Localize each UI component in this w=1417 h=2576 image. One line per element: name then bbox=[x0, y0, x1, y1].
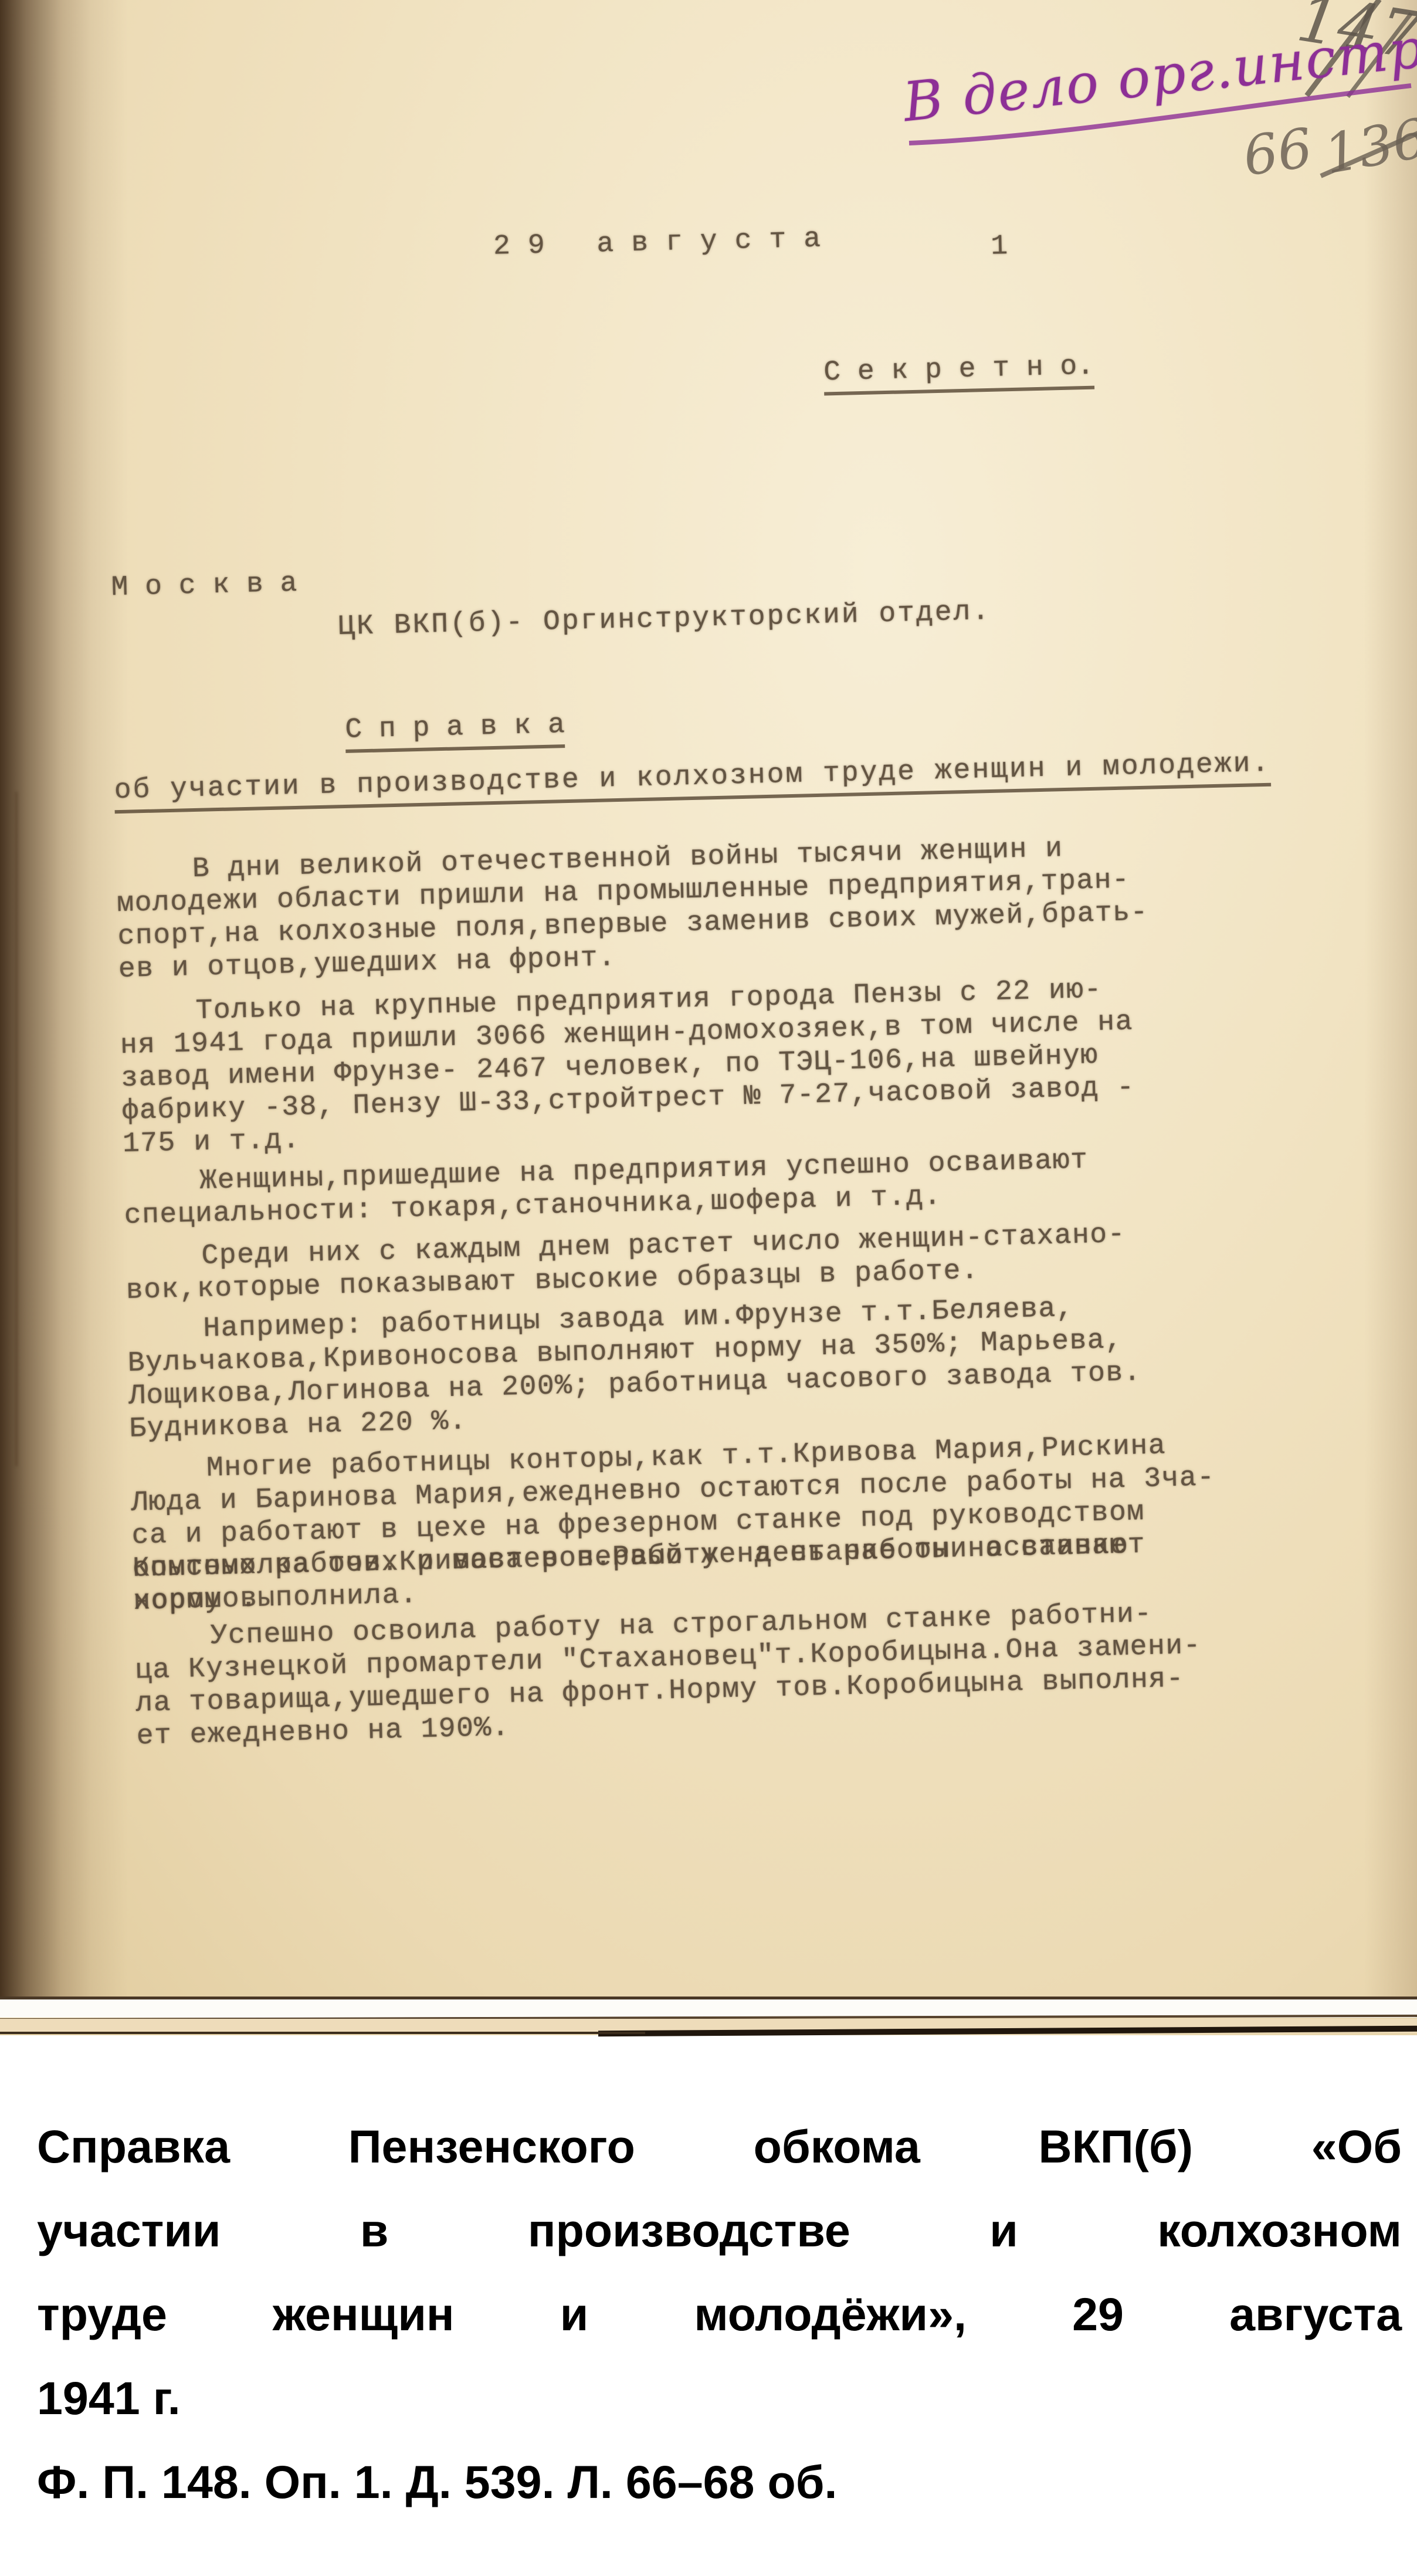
addressee-line: ЦК ВКП(б)- Оргинструкторский отдел. bbox=[338, 596, 991, 643]
photo-caption: Справка Пензенского обкома ВКП(б) «Об уч… bbox=[37, 2104, 1402, 2524]
paragraph: Успешно освоила работу на строгальном ст… bbox=[134, 1593, 1345, 1753]
caption-line: участии в производстве и колхозном bbox=[37, 2188, 1402, 2272]
document-scan: 147 В дело орг.инстр… 66 136 29 августа … bbox=[0, 0, 1417, 2035]
secrecy-stamp: С е к р е т н о. bbox=[823, 351, 1094, 396]
paragraph: Например: работницы завода им.Фрунзе т.т… bbox=[127, 1286, 1338, 1445]
caption-line: 1941 г. bbox=[37, 2356, 1402, 2440]
scan-dark-edge-left bbox=[0, 2032, 645, 2034]
pencil-strike-line bbox=[1317, 117, 1417, 185]
typewritten-text-block: 29 августа 1 С е к р е т н о. М о с к в … bbox=[88, 194, 1374, 1818]
sheet-number: 1 bbox=[991, 231, 1008, 263]
caption-line: Справка Пензенского обкома ВКП(б) «Об bbox=[37, 2104, 1402, 2188]
paragraph: В дни великой отечественной войны тысячи… bbox=[116, 826, 1327, 986]
city-line: М о с к в а bbox=[111, 568, 297, 604]
paragraph: Только на крупные предприятия города Пен… bbox=[119, 968, 1331, 1161]
document-date: 29 августа bbox=[493, 223, 839, 263]
pencil-sheet-number: 66 bbox=[1239, 116, 1316, 188]
document-heading: С п р а в к а bbox=[345, 709, 565, 753]
document-subheading: об участии в производстве и колхозном тр… bbox=[114, 748, 1271, 814]
caption-line: труде женщин и молодёжи», 29 августа bbox=[37, 2272, 1402, 2356]
paper-fold-line bbox=[15, 792, 18, 1466]
scanned-archive-page: 147 В дело орг.инстр… 66 136 29 августа … bbox=[0, 0, 1417, 2576]
archive-reference: Ф. П. 148. Оп. 1. Д. 539. Л. 66–68 об. bbox=[37, 2440, 1402, 2524]
